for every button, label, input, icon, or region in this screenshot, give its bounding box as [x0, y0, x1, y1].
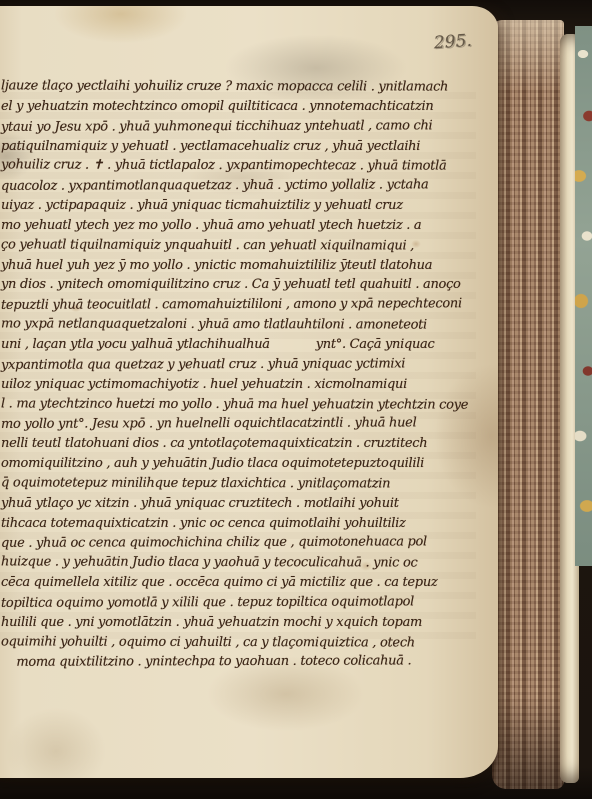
manuscript-line: mo yxpā netlanquaquetzaloni . yhuā amo t…	[1, 314, 479, 335]
manuscript-line: patiquilnamiquiz y yehuatl . yectlamaceh…	[1, 137, 479, 157]
manuscript-line: mo yollo ynt°. Jesu xpō . yn huelnelli o…	[1, 414, 479, 436]
manuscript-line: uni , laçan ytla yocu yalhuā ytlachihual…	[1, 335, 479, 355]
manuscript-line: yhuā huel yuh yez ȳ mo yollo . ynictic m…	[1, 256, 479, 276]
manuscript-line: huilili que . yni yomotlātzin . yhuā yeh…	[1, 613, 479, 633]
book-fore-edge	[492, 20, 564, 789]
manuscript-line: mo yehuatl ytech yez mo yollo . yhuā amo…	[1, 216, 479, 236]
manuscript-line: ljauze tlaço yectlaihi yohuiliz cruze ? …	[1, 76, 479, 97]
manuscript-line: omomiquilitzino , auh y yehuātin Judio t…	[1, 454, 479, 474]
manuscript-line: yhuā ytlaço yc xitzin . yhuā yniquac cru…	[1, 494, 479, 514]
manuscript-line: tihcaca totemaquixticatzin . ynic oc cen…	[1, 514, 479, 534]
manuscript-line: uiyaz . yctipapaquiz . yhuā yniquac ticm…	[1, 196, 479, 216]
manuscript-line: el y yehuatzin motechtzinco omopil quilt…	[1, 97, 479, 117]
manuscript-line: huizque . y yehuātin Judio tlaca y yaohu…	[1, 553, 479, 574]
manuscript-line: tepuztli yhuā teocuitlatl . camomahuizti…	[1, 294, 479, 316]
manuscript-line: moma quixtilitzino . ynintechpa to yaohu…	[1, 652, 479, 674]
manuscript-line: ço yehuatl tiquilnamiquiz ynquahuitl . c…	[1, 235, 479, 256]
manuscript-photo: 295. ljauze tlaço yectlaihi yohuiliz cru…	[0, 0, 592, 799]
text-block: ljauze tlaço yectlaihi yohuiliz cruze ? …	[1, 77, 479, 672]
manuscript-line: ytaui yo Jesu xpō . yhuā yuhmonequi ticc…	[1, 116, 479, 138]
manuscript-line: nelli teutl tlatohuani dios . ca yntotla…	[1, 434, 479, 454]
folio-number: 295.	[433, 33, 472, 53]
manuscript-page: 295. ljauze tlaço yectlaihi yohuiliz cru…	[0, 6, 498, 778]
manuscript-line: yohuiliz cruz . ✝ . yhuā tictlapaloz . y…	[1, 156, 479, 177]
manuscript-line: topiltica oquimo yomotlā y xilili que . …	[1, 592, 479, 614]
manuscript-line: que . yhuā oc cenca quimochichina chiliz…	[1, 533, 479, 555]
manuscript-line: q̄ oquimotetepuz minilihque tepuz tlaxic…	[1, 473, 479, 494]
manuscript-line: quacoloz . yxpantimotlanquaquetzaz . yhu…	[1, 175, 479, 197]
manuscript-line: oquimihi yohuilti , oquimo ci yahuilti ,…	[1, 632, 479, 653]
marbled-endpaper	[575, 26, 592, 566]
manuscript-line: uiloz yniquac yctimomachiyotiz . huel ye…	[1, 375, 479, 395]
manuscript-line: yn dios . ynitech omomiquilitzino cruz .…	[1, 275, 479, 295]
manuscript-line: l . ma ytechtzinco huetzi mo yollo . yhu…	[1, 394, 479, 415]
manuscript-line: cēca quimellela xitiliz que . occēca qui…	[1, 573, 479, 593]
manuscript-line: yxpantimotla qua quetzaz y yehuatl cruz …	[1, 354, 479, 376]
